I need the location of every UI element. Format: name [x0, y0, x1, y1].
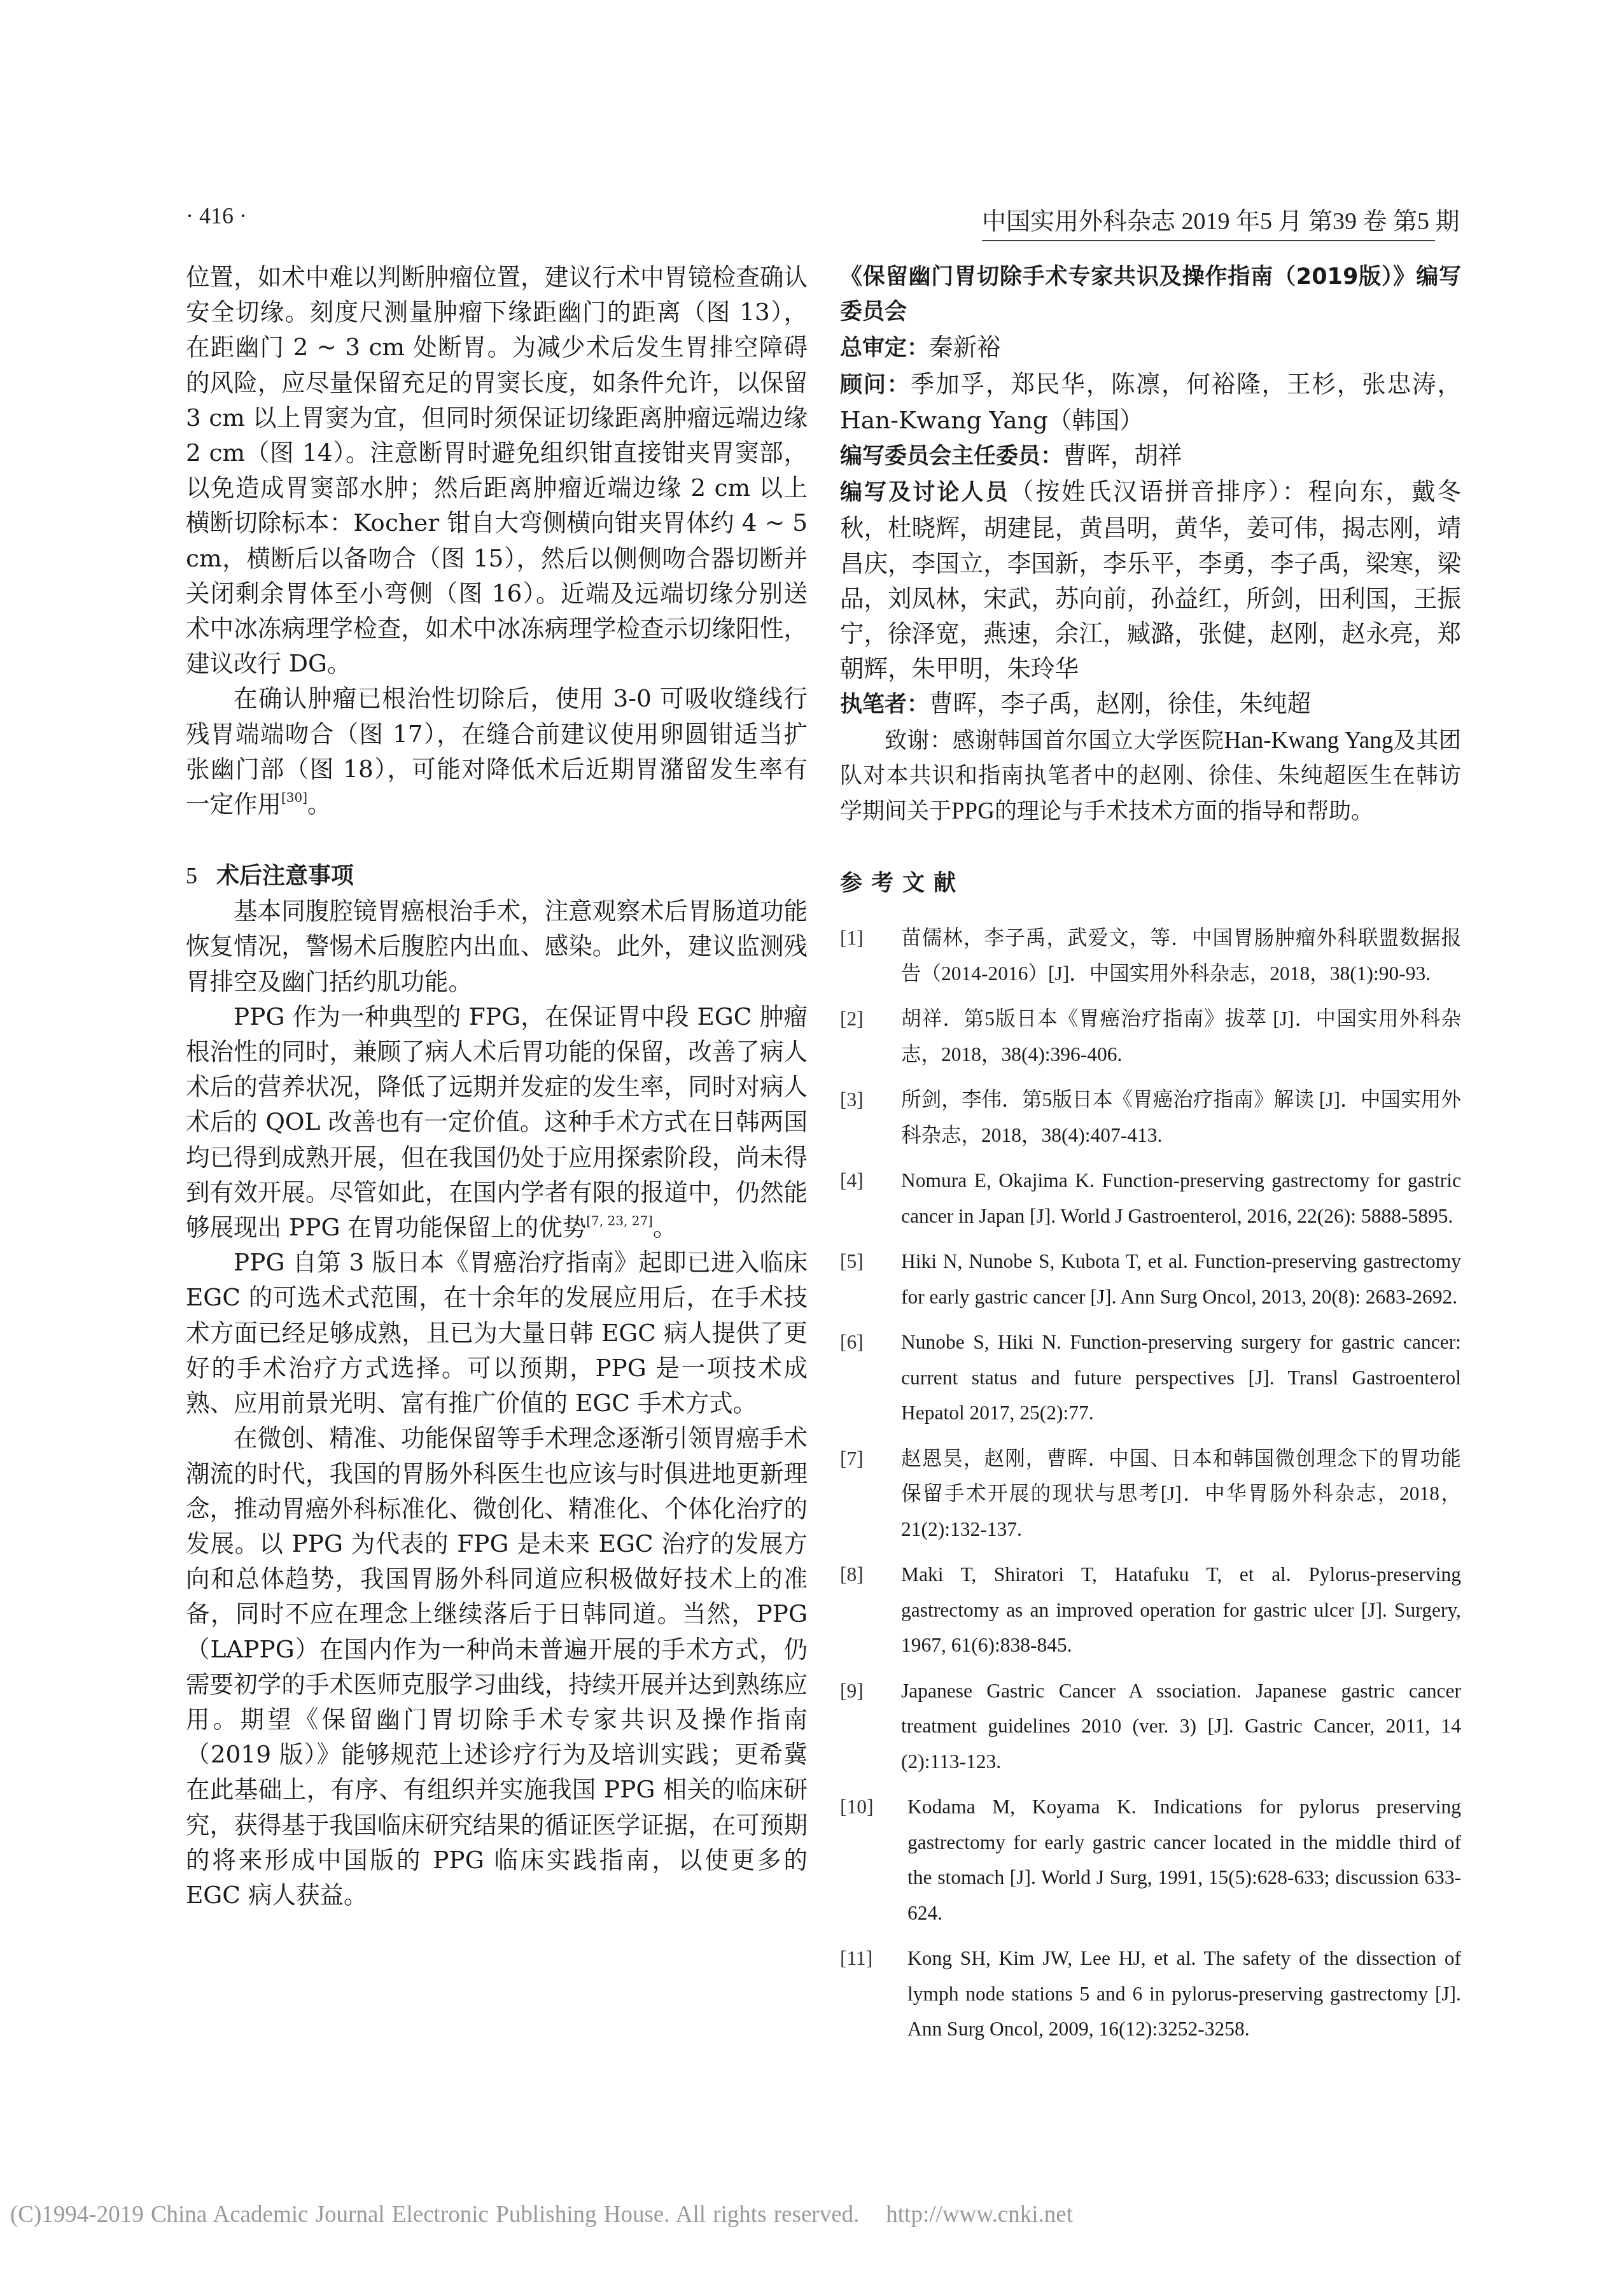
body-paragraph: 在微创、精准、功能保留等手术理念逐渐引领胃癌手术潮流的时代，我国的胃肠外科医生也… — [186, 1421, 808, 1913]
committee-members: 编写及讨论人员（按姓氏汉语拼音排序）：程向东，戴冬秋，杜晓辉，胡建昆，黄昌明，黄… — [840, 474, 1461, 686]
chief-reviewer-name: 秦新裕 — [929, 333, 1001, 361]
cnki-link[interactable]: http://www.cnki.net — [886, 2202, 1073, 2228]
reference-item: [6]Nunobe S, Hiki N. Function-preserving… — [840, 1325, 1461, 1431]
members-label: 编写及讨论人员 — [840, 480, 1010, 505]
citation-ref[interactable]: [30] — [281, 790, 307, 805]
chief-reviewer: 总审定：秦新裕 — [840, 330, 1461, 366]
reference-number: [3] — [840, 1082, 901, 1153]
reference-number: [7] — [840, 1441, 901, 1547]
chief-reviewer-label: 总审定： — [840, 335, 929, 361]
reference-text: 赵恩昊，赵刚，曹晖．中国、日本和韩国微创理念下的胃功能保留手术开展的现状与思考[… — [901, 1441, 1461, 1547]
reference-number: [8] — [840, 1557, 901, 1663]
writers-label: 执笔者： — [840, 692, 929, 717]
writers-names: 曹晖，李子禹，赵刚，徐佳，朱纯超 — [929, 689, 1311, 717]
ack-text: 感谢韩国首尔国立大学医院 — [953, 728, 1224, 754]
reference-item: [3]所剑，李伟．第5版日本《胃癌治疗指南》解读 [J]．中国实用外科杂志，20… — [840, 1082, 1461, 1153]
reference-text: Kong SH, Kim JW, Lee HJ, et al. The safe… — [907, 1941, 1461, 2047]
reference-item: [11]Kong SH, Kim JW, Lee HJ, et al. The … — [840, 1941, 1461, 2047]
advisors: 顾问：季加孚，郑民华，陈凛，何裕隆，王杉，张忠涛，Han-Kwang Yang（… — [840, 367, 1461, 438]
reference-text: Nunobe S, Hiki N. Function-preserving su… — [901, 1325, 1461, 1431]
reference-text: 所剑，李伟．第5版日本《胃癌治疗指南》解读 [J]．中国实用外科杂志，2018，… — [901, 1082, 1461, 1153]
paragraph-text: 在确认肿瘤已根治性切除后，使用 3-0 可吸收缝线行残胃端端吻合（图 17），在… — [186, 684, 808, 818]
reference-item: [5]Hiki N, Nunobe S, Kubota T, et al. Fu… — [840, 1244, 1461, 1314]
reference-text: Nomura E, Okajima K. Function-preserving… — [901, 1163, 1461, 1234]
reference-list: [1]苗儒林，李子禹，武爱文，等．中国胃肠肿瘤外科联盟数据报告（2014-201… — [840, 920, 1461, 2047]
paragraph-tail: 。 — [653, 1213, 677, 1241]
reference-text: Japanese Gastric Cancer A ssociation. Ja… — [901, 1673, 1461, 1780]
committee-chairs: 编写委员会主任委员：曹晖，胡祥 — [840, 438, 1461, 474]
copyright-text: (C)1994-2019 China Academic Journal Elec… — [10, 2202, 859, 2228]
reference-number: [10] — [840, 1789, 907, 1930]
paragraph-tail: 。 — [307, 790, 332, 818]
chairs-label: 编写委员会主任委员： — [840, 444, 1063, 469]
reference-item: [7]赵恩昊，赵刚，曹晖．中国、日本和韩国微创理念下的胃功能保留手术开展的现状与… — [840, 1441, 1461, 1547]
reference-item: [9]Japanese Gastric Cancer A ssociation.… — [840, 1673, 1461, 1780]
body-paragraph: PPG 自第 3 版日本《胃癌治疗指南》起即已进入临床 EGC 的可选术式范围，… — [186, 1245, 808, 1421]
citation-ref[interactable]: [7, 23, 27] — [586, 1213, 653, 1228]
body-paragraph: 在确认肿瘤已根治性切除后，使用 3-0 可吸收缝线行残胃端端吻合（图 17），在… — [186, 681, 808, 822]
page-number: · 416 · — [186, 202, 247, 229]
reference-item: [4]Nomura E, Okajima K. Function-preserv… — [840, 1163, 1461, 1234]
reference-number: [5] — [840, 1244, 901, 1314]
references-heading: 参考文献 — [840, 866, 1461, 901]
section-number: 5 — [186, 863, 197, 889]
body-paragraph: 基本同腹腔镜胃癌根治手术，注意观察术后胃肠道功能恢复情况，警惕术后腹腔内出血、感… — [186, 894, 808, 999]
reference-number: [4] — [840, 1163, 901, 1234]
advisors-label: 顾问： — [840, 372, 911, 398]
members-note: （按姓氏汉语拼音排序）： — [1010, 477, 1308, 505]
copyright-footer: (C)1994-2019 China Academic Journal Elec… — [10, 2201, 1073, 2228]
reference-text: 胡祥．第5版日本《胃癌治疗指南》拔萃 [J]．中国实用外科杂志，2018，38(… — [901, 1001, 1461, 1072]
ack-name: Han-Kwang Yang — [1224, 728, 1394, 754]
reference-item: [10]Kodama M, Koyama K. Indications for … — [840, 1789, 1461, 1930]
reference-number: [6] — [840, 1325, 901, 1431]
chairs-names: 曹晖，胡祥 — [1063, 441, 1182, 469]
reference-number: [2] — [840, 1001, 901, 1072]
paragraph-text: PPG 作为一种典型的 FPG，在保证胃中段 EGC 肿瘤根治性的同时，兼顾了病… — [186, 1002, 808, 1241]
ack-text: 的理论与手术技术方面的指导和帮助。 — [995, 799, 1373, 824]
ack-ppg: PPG — [951, 798, 995, 824]
ack-label: 致谢： — [885, 728, 953, 754]
reference-number: [9] — [840, 1673, 901, 1780]
running-head-journal: 中国实用外科杂志 2019 年5 月 第39 卷 第5 期 — [982, 201, 1435, 241]
members-names: 程向东，戴冬秋，杜晓辉，胡建昆，黄昌明，黄华，姜可伟，揭志刚，靖昌庆，李国立，李… — [840, 477, 1461, 682]
reference-text: Hiki N, Nunobe S, Kubota T, et al. Funct… — [901, 1244, 1461, 1314]
right-column: 《保留幽门胃切除手术专家共识及操作指南（2019版）》编写委员会 总审定：秦新裕… — [840, 260, 1461, 2057]
reference-item: [1]苗儒林，李子禹，武爱文，等．中国胃肠肿瘤外科联盟数据报告（2014-201… — [840, 920, 1461, 991]
left-column: 位置，如术中难以判断肿瘤位置，建议行术中胃镜检查确认安全切缘。刻度尺测量肿瘤下缘… — [186, 260, 808, 1913]
reference-item: [2]胡祥．第5版日本《胃癌治疗指南》拔萃 [J]．中国实用外科杂志，2018，… — [840, 1001, 1461, 1072]
section-title: 术后注意事项 — [216, 863, 354, 889]
advisors-names: 季加孚，郑民华，陈凛，何裕隆，王杉，张忠涛，Han-Kwang Yang（韩国） — [840, 370, 1461, 434]
writers: 执笔者：曹晖，李子禹，赵刚，徐佳，朱纯超 — [840, 686, 1461, 722]
body-paragraph: PPG 作为一种典型的 FPG，在保证胃中段 EGC 肿瘤根治性的同时，兼顾了病… — [186, 999, 808, 1245]
reference-number: [11] — [840, 1941, 907, 2047]
body-paragraph: 位置，如术中难以判断肿瘤位置，建议行术中胃镜检查确认安全切缘。刻度尺测量肿瘤下缘… — [186, 260, 808, 681]
committee-title: 《保留幽门胃切除手术专家共识及操作指南（2019版）》编写委员会 — [840, 260, 1461, 330]
section-heading: 5术后注意事项 — [186, 859, 808, 894]
reference-item: [8]Maki T, Shiratori T, Hatafuku T, et a… — [840, 1557, 1461, 1663]
reference-text: Maki T, Shiratori T, Hatafuku T, et al. … — [901, 1557, 1461, 1663]
reference-text: Kodama M, Koyama K. Indications for pylo… — [907, 1789, 1461, 1930]
reference-number: [1] — [840, 920, 901, 991]
acknowledgement: 致谢：感谢韩国首尔国立大学医院Han-Kwang Yang及其团队对本共识和指南… — [840, 723, 1461, 830]
reference-text: 苗儒林，李子禹，武爱文，等．中国胃肠肿瘤外科联盟数据报告（2014-2016）[… — [901, 920, 1461, 991]
